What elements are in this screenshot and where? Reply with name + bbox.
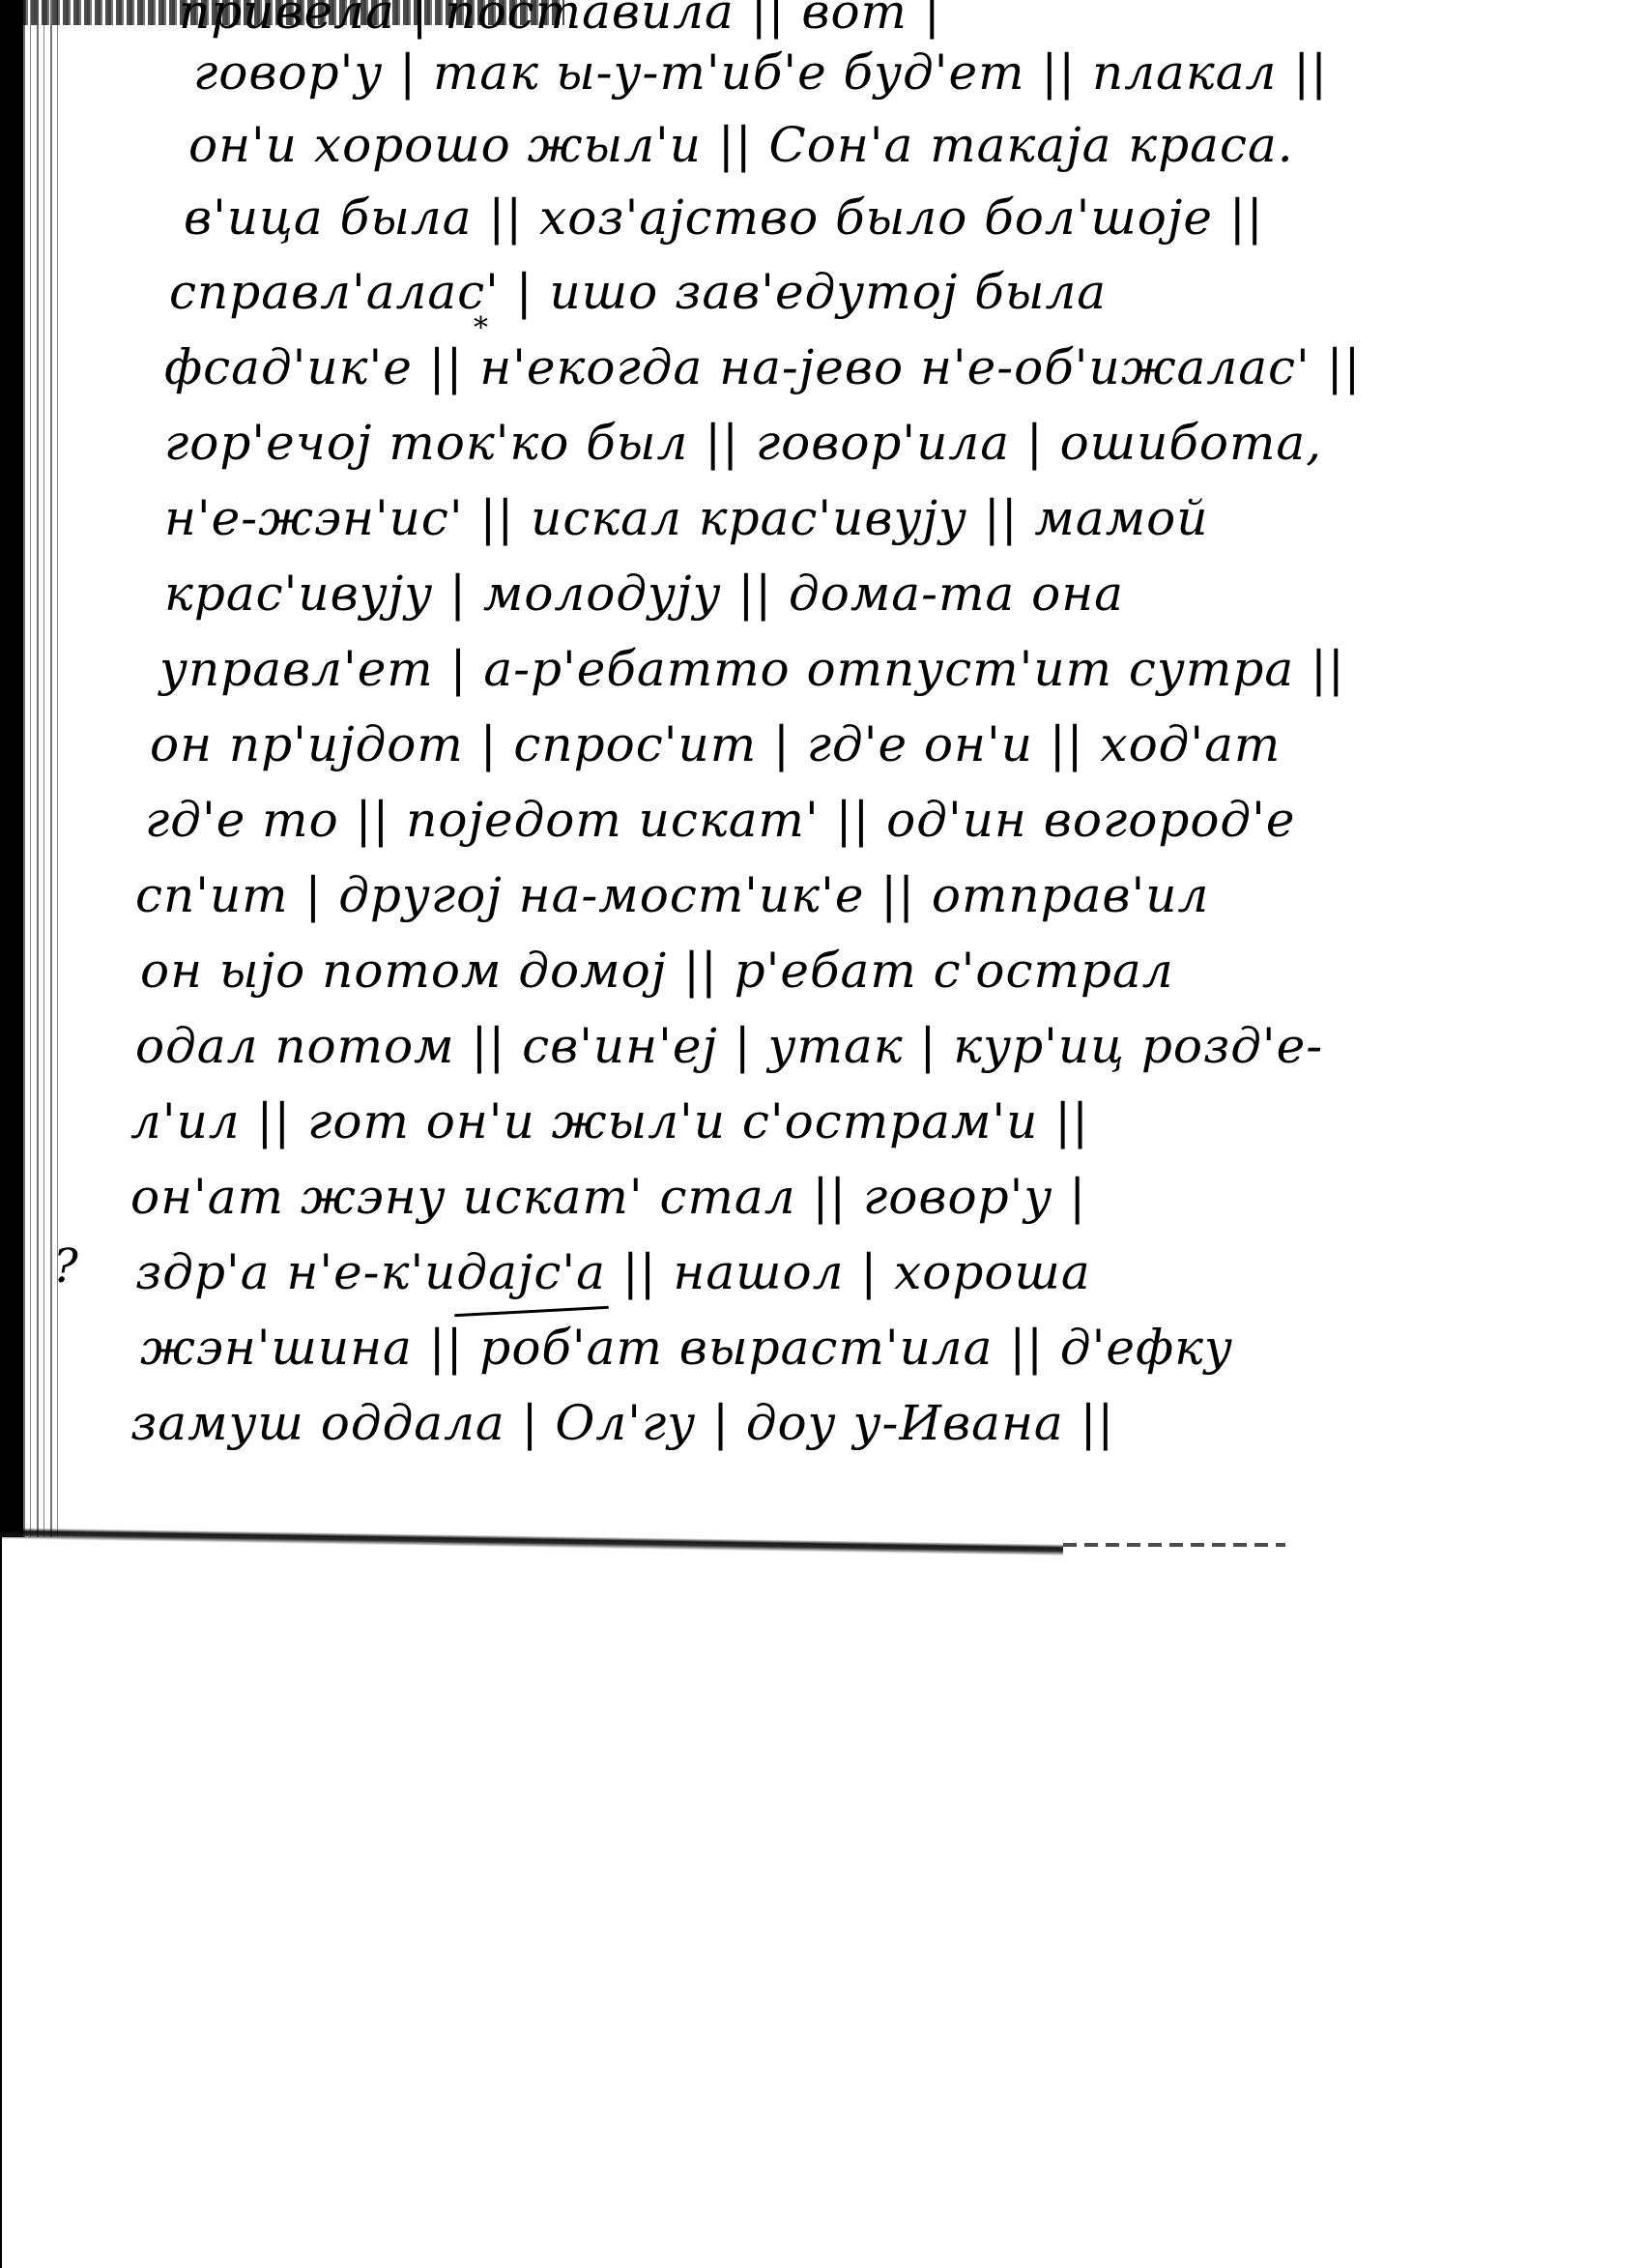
text-line-6: фсад'ик'е || н'екогда на-јево н'е-об'ижа… bbox=[164, 338, 1361, 396]
text-line-13: сп'ит | другој на-мост'ик'е || отправ'ил bbox=[135, 866, 1209, 924]
text-line-3: он'и хорошо жыл'и || Сон'а такаја краса. bbox=[188, 116, 1294, 174]
text-line-16: л'ил || гот он'и жыл'и с'острам'и || bbox=[130, 1092, 1089, 1150]
text-line-2: говор'у | так ы-у-т'иб'е буд'ет || плака… bbox=[193, 44, 1328, 102]
text-line-10: управл'ет | а-р'ебатто отпуст'ит сутра |… bbox=[159, 640, 1345, 698]
text-line-20: замуш оддала | Ол'гу | доу у-Ивана || bbox=[130, 1394, 1114, 1452]
asterisk-mark: * bbox=[474, 311, 488, 345]
page-binding-shadow bbox=[0, 0, 23, 1537]
question-mark-margin-note: ? bbox=[53, 1239, 78, 1294]
text-line-17: он'ат жэну искат' стал || говор'у | bbox=[130, 1168, 1086, 1226]
text-line-14: он ыјо потом домој || р'ебат с'острал bbox=[140, 942, 1174, 1000]
text-line-8: н'е-жэн'ис' || искал крас'ивују || мамой bbox=[164, 489, 1208, 547]
binding-noise bbox=[23, 0, 62, 1537]
text-line-15: одал потом || св'ин'еј | утак | кур'иц р… bbox=[135, 1017, 1323, 1075]
text-line-18: здр'а н'е-к'идајс'а || нашол | хороша bbox=[135, 1243, 1091, 1301]
text-line-5: справл'алас' | ишо зав'едутој была bbox=[169, 263, 1107, 321]
underline-kidaj bbox=[454, 1306, 609, 1317]
text-line-11: он пр'ијдот | спрос'ит | гд'е он'и || хо… bbox=[150, 715, 1281, 773]
text-line-7: гор'ечој ток'ко был || говор'ила | ошибо… bbox=[164, 414, 1322, 472]
text-line-1: привела | поставила || вот | bbox=[179, 0, 941, 41]
text-line-19: жэн'шина || роб'ат выраст'ила || д'ефку bbox=[140, 1319, 1233, 1377]
page-bottom-edge-tail bbox=[1063, 1543, 1285, 1547]
page-bottom-edge bbox=[0, 1527, 1063, 1556]
text-line-9: крас'ивују | молодују || дома-та она bbox=[164, 565, 1124, 623]
text-line-12: гд'е то || поједот искат' || од'ин вогор… bbox=[145, 791, 1295, 849]
scanned-page: привела | поставила || вот | говор'у | т… bbox=[0, 0, 1643, 2268]
lower-left-edge bbox=[0, 1537, 2, 2268]
text-line-4: в'ица была || хоз'ајство было бол'шоје |… bbox=[184, 189, 1264, 247]
